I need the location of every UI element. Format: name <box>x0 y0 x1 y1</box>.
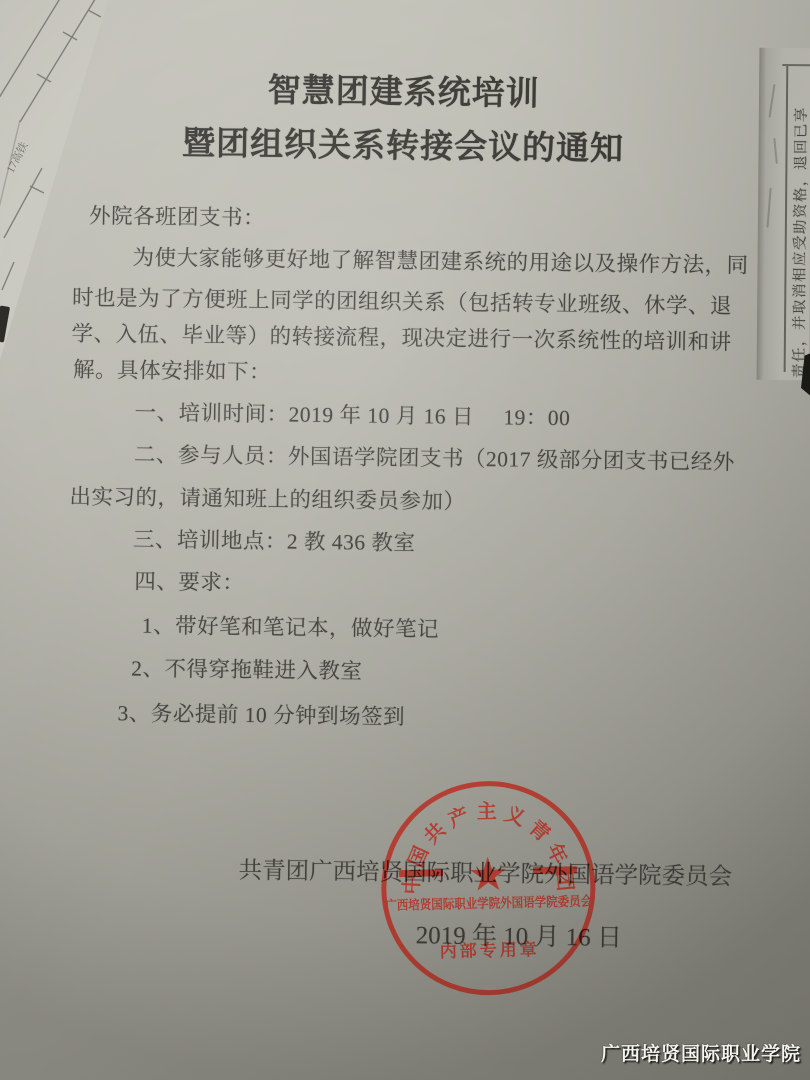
item-line-location: 三、培训地点：2 教 436 教室 <box>133 522 416 557</box>
body-line: 解。具体安排如下： <box>73 353 271 387</box>
body-line: 为使大家能够更好地了解智慧团建系统的用途以及操作方法，同 <box>132 240 748 279</box>
stamp-inner-label: 内部专用章 <box>387 934 591 963</box>
body-line: 学、入伍、毕业等）的转接流程，现决定进行一次系统性的培训和讲 <box>71 317 731 357</box>
notice-title-line1: 智慧团建系统培训 <box>0 61 809 119</box>
official-stamp: 中国共产主义青年团 ★ 广西培贤国际职业学院外国语学院委员会 内部专用章 <box>379 779 598 998</box>
salutation-line: 外院各班团支书： <box>89 199 265 232</box>
photo-of-notice: 17高铁 责任，并取消相应受助资格，退回已享 智慧团建系统培训 暨团组织关系转接… <box>0 0 810 1080</box>
requirement-2: 2、不得穿拖鞋进入教室 <box>131 651 363 685</box>
stamp-left-bar <box>399 869 443 876</box>
item-line-participants-cont: 出实习的，请通知班上的组织委员参加） <box>69 480 465 516</box>
requirement-3: 3、务必提前 10 分钟到场签到 <box>117 696 405 731</box>
notice-title-line2: 暨团组织关系转接会议的通知 <box>0 115 808 173</box>
watermark: 广西培贤国际职业学院 <box>601 1039 801 1066</box>
requirement-1: 1、带好笔和笔记本，做好笔记 <box>142 609 440 644</box>
body-line: 时也是为了方便班上同学的团组织关系（包括转专业班级、休学、退 <box>72 281 732 321</box>
item-line-requirements: 四、要求： <box>134 565 244 597</box>
star-icon: ★ <box>467 851 509 898</box>
notice-document: 智慧团建系统培训 暨团组织关系转接会议的通知 外院各班团支书： 为使大家能够更好… <box>0 0 810 1080</box>
stamp-right-bar <box>533 866 577 873</box>
stamp-arc-text: 中国共产主义青年团 <box>384 784 588 788</box>
item-line-participants: 二、参与人员：外国语学院团支书（2017 级部分团支书已经外 <box>134 437 735 476</box>
stamp-org-text: 广西培贤国际职业学院外国语学院委员会 <box>375 891 603 914</box>
item-line-training-time: 一、培训时间：2019 年 10 月 16 日 19：00 <box>134 395 570 432</box>
